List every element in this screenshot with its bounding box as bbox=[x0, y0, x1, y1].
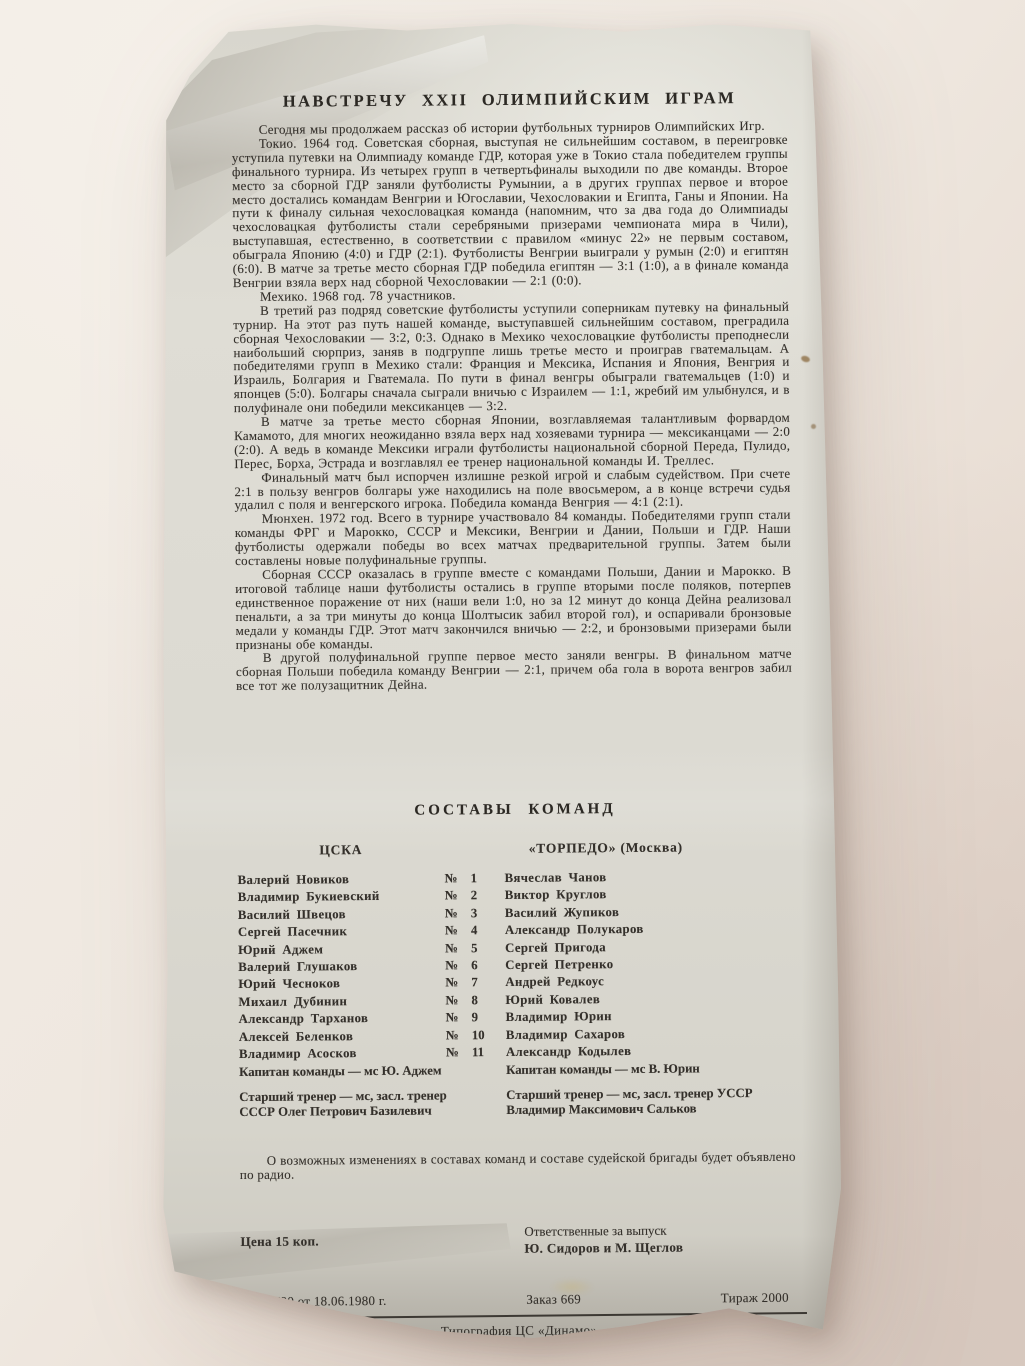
player-name-right: Владимир Сахаров bbox=[506, 1024, 795, 1044]
coaches-row: Старший тренер — мс, засл. тренер СССР О… bbox=[239, 1086, 795, 1121]
jersey-number: 9 bbox=[472, 1009, 506, 1027]
body-paragraph-7: Мюнхен. 1972 год. Всего в турнире участв… bbox=[235, 508, 791, 568]
coach-line-right: Старший тренер — мс, засл. тренер УССР В… bbox=[506, 1086, 776, 1119]
jersey-number: 4 bbox=[471, 922, 505, 940]
number-sign: № bbox=[446, 1044, 472, 1062]
paper-sheet: НАВСТРЕЧУ XXII ОЛИМПИЙСКИМ ИГРАМ Сегодня… bbox=[148, 20, 848, 1340]
imprint-row: Г-390780 от 18.06.1980 г. Заказ 669 Тира… bbox=[241, 1290, 797, 1310]
number-sign: № bbox=[445, 905, 471, 923]
programme-page: НАВСТРЕЧУ XXII ОЛИМПИЙСКИМ ИГРАМ Сегодня… bbox=[148, 20, 848, 1340]
player-name-left: Александр Тарханов bbox=[239, 1010, 446, 1029]
printer-line: Типография ЦС «Динамо» bbox=[241, 1321, 797, 1341]
responsible-label: Ответственные за выпуск bbox=[524, 1222, 796, 1240]
player-name-left: Владимир Асосков bbox=[239, 1044, 446, 1063]
body-paragraph-4: В третий раз подряд советские футболисты… bbox=[233, 299, 790, 415]
number-sign: № bbox=[445, 888, 471, 906]
body-paragraph-5: В матче за третье место сборная Японии, … bbox=[234, 411, 790, 471]
number-sign: № bbox=[444, 870, 470, 888]
responsible-block: Ответственные за выпуск Ю. Сидоров и М. … bbox=[524, 1222, 796, 1257]
player-name-left: Валерий Глушаков bbox=[238, 957, 445, 976]
page-title: НАВСТРЕЧУ XXII ОЛИМПИЙСКИМ ИГРАМ bbox=[231, 88, 787, 112]
jersey-number: 2 bbox=[471, 887, 505, 905]
imprint-print-run: Тираж 2000 bbox=[721, 1290, 789, 1307]
player-name-right: Андрей Редкоус bbox=[505, 972, 794, 992]
team-names-row: ЦСКА «ТОРПЕДО» (Москва) bbox=[237, 839, 793, 859]
player-name-right: Сергей Петренко bbox=[505, 955, 794, 975]
imprint-order: Заказ 669 bbox=[526, 1291, 581, 1307]
jersey-number: 3 bbox=[471, 905, 505, 923]
body-paragraph-8: Сборная СССР оказалась в группе вместе с… bbox=[235, 564, 792, 652]
footer-row: Цена 15 коп. Ответственные за выпуск Ю. … bbox=[240, 1222, 796, 1259]
player-name-right: Василий Жупиков bbox=[505, 902, 794, 922]
player-name-right: Виктор Круглов bbox=[505, 885, 794, 905]
number-sign: № bbox=[445, 940, 471, 958]
player-name-right: Вячеслав Чанов bbox=[504, 868, 793, 888]
jersey-number: 5 bbox=[471, 940, 505, 958]
number-sign: № bbox=[445, 992, 471, 1010]
body-paragraph-9: В другой полуфинальной группе первое мес… bbox=[236, 647, 792, 693]
player-name-left: Алексей Беленков bbox=[239, 1027, 446, 1046]
player-name-right: Александр Полукаров bbox=[505, 920, 794, 940]
jersey-number: 7 bbox=[471, 974, 505, 992]
jersey-number: 10 bbox=[472, 1027, 506, 1045]
imprint-rule bbox=[233, 1312, 807, 1320]
player-name-left: Михаил Дубинин bbox=[238, 992, 445, 1011]
coach-line-left: Старший тренер — мс, засл. тренер СССР О… bbox=[239, 1088, 506, 1121]
player-name-left: Валерий Новиков bbox=[238, 870, 445, 889]
number-sign: № bbox=[445, 922, 471, 940]
player-name-left: Владимир Букиевский bbox=[238, 888, 445, 907]
number-sign: № bbox=[446, 1027, 472, 1045]
player-name-left: Сергей Пасечник bbox=[238, 923, 445, 942]
player-name-left: Василий Швецов bbox=[238, 905, 445, 924]
team-name-right: «ТОРПЕДО» (Москва) bbox=[504, 839, 793, 857]
responsible-names: Ю. Сидоров и М. Щеглов bbox=[524, 1239, 796, 1257]
page-content: НАВСТРЕЧУ XXII ОЛИМПИЙСКИМ ИГРАМ Сегодня… bbox=[143, 17, 853, 1342]
body-paragraph-6: Финальный матч был испорчен излишне резк… bbox=[234, 466, 790, 512]
jersey-number: 6 bbox=[471, 957, 505, 975]
player-name-right: Владимир Юрин bbox=[506, 1007, 795, 1027]
jersey-number: 11 bbox=[472, 1044, 506, 1062]
number-sign: № bbox=[445, 957, 471, 975]
price-label: Цена 15 коп. bbox=[240, 1232, 524, 1250]
imprint-code: Г-390780 от 18.06.1980 г. bbox=[241, 1293, 387, 1310]
player-name-left: Юрий Чесноков bbox=[238, 975, 445, 994]
captain-line-right: Капитан команды — мс В. Юрин bbox=[506, 1060, 795, 1080]
player-name-right: Александр Кодылев bbox=[506, 1042, 795, 1062]
jersey-number: 8 bbox=[471, 992, 505, 1010]
lineups-heading: СОСТАВЫ КОМАНД bbox=[237, 800, 793, 821]
photo-backdrop: НАВСТРЕЧУ XXII ОЛИМПИЙСКИМ ИГРАМ Сегодня… bbox=[0, 0, 1025, 1366]
radio-note: О возможных изменениях в составах команд… bbox=[240, 1149, 796, 1183]
player-name-left: Юрий Аджем bbox=[238, 940, 445, 959]
player-name-right: Сергей Пригода bbox=[505, 937, 794, 957]
captain-line-left: Капитан команды — мс Ю. Аджем bbox=[239, 1062, 506, 1082]
number-sign: № bbox=[445, 975, 471, 993]
article-body: Сегодня мы продолжаем рассказ об истории… bbox=[232, 119, 793, 779]
captains-row: Капитан команды — мс Ю. Аджем Капитан ко… bbox=[239, 1060, 795, 1082]
number-sign: № bbox=[446, 1009, 472, 1027]
body-paragraph-2: Токио. 1964 год. Советская сборная, выст… bbox=[232, 133, 789, 290]
roster-table: Валерий Новиков № 1 Вячеслав Чанов Влади… bbox=[238, 868, 796, 1121]
jersey-number: 1 bbox=[470, 870, 504, 888]
player-name-right: Юрий Ковалев bbox=[505, 990, 794, 1010]
team-name-left: ЦСКА bbox=[237, 841, 444, 859]
